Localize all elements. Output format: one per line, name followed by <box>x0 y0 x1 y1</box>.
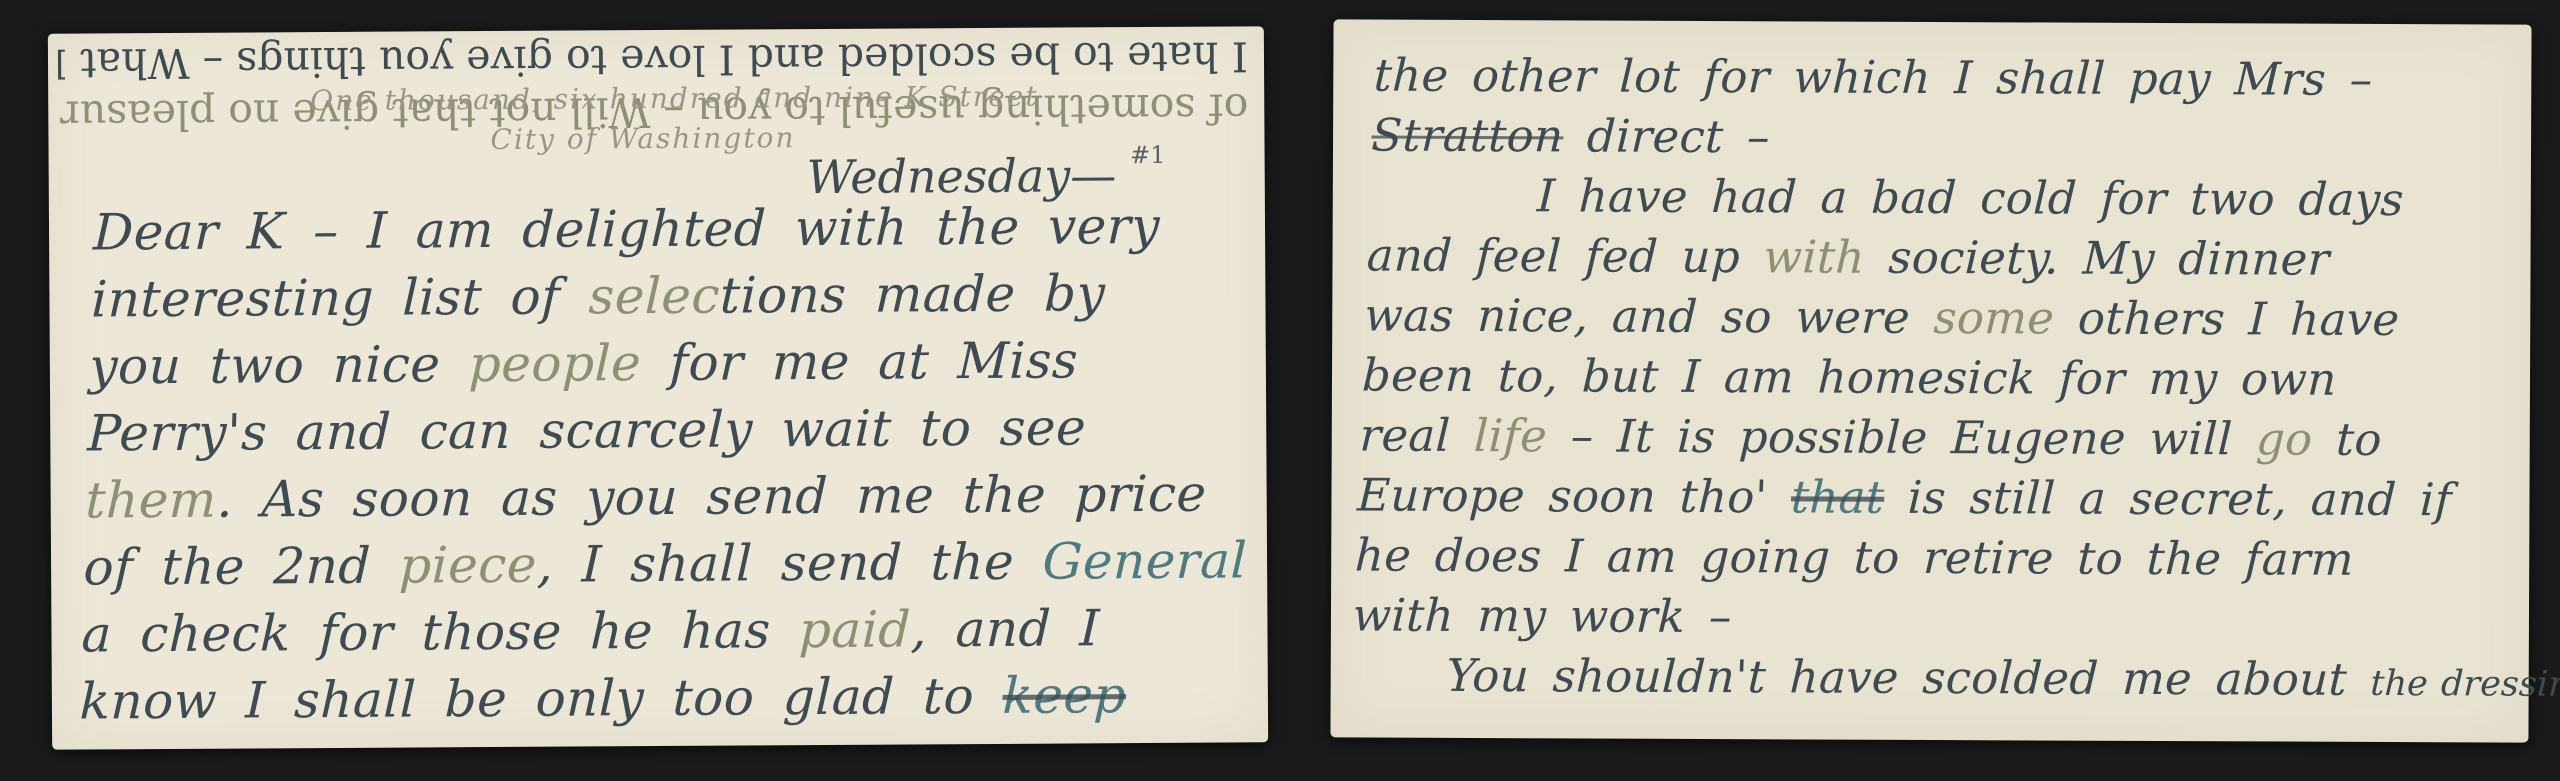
letter-card-left: of something useful to you – Will not th… <box>48 26 1268 749</box>
handwritten-line: with my work – <box>1351 585 2503 650</box>
text-segment: go <box>2255 412 2314 465</box>
text-segment: to <box>2312 413 2383 466</box>
handwritten-line: interesting list of selections made by <box>90 259 1242 333</box>
text-segment: Europe soon tho' <box>1356 469 1792 524</box>
text-segment: – It is possible Eugene will <box>1546 409 2257 465</box>
text-segment: I have had a bad cold for two days <box>1536 169 2405 226</box>
handwritten-line: Perry's and can scarcely wait to see <box>86 393 1238 467</box>
handwritten-line: them. As soon as you send me the price <box>85 460 1237 534</box>
handwritten-line: Europe soon tho' that is still a secret,… <box>1356 466 2508 531</box>
text-segment: Dear K – I am delighted with the very <box>92 197 1160 262</box>
handwritten-line: he does I am going to retire to the farm <box>1354 525 2506 590</box>
text-segment: you two nice <box>89 335 470 395</box>
handwritten-line: Dear K – I am delighted with the very <box>92 192 1244 266</box>
text-segment: he does I am going to retire to the farm <box>1354 528 2355 585</box>
letter-body-left: Dear K – I am delighted with the very in… <box>79 192 1244 735</box>
text-segment: that <box>1790 470 1885 523</box>
scan-background: { "document": { "type": "handwritten let… <box>0 0 2560 781</box>
text-segment: interesting list of <box>90 267 589 328</box>
handwritten-line: real life – It is possible Eugene will g… <box>1359 406 2511 471</box>
text-segment: others I have <box>2053 292 2400 346</box>
handwritten-line: you two nice people for me at Miss <box>88 326 1240 400</box>
text-segment: is still a secret, and if <box>1883 471 2452 526</box>
handwritten-line: a check for those he has paid, and I <box>81 594 1233 668</box>
text-segment: been to, but I am homesick for my own <box>1361 349 2338 406</box>
page-number-annotation: #1 <box>1130 141 1166 169</box>
text-segment: people <box>468 334 642 393</box>
text-segment: them <box>85 471 218 530</box>
text-segment: General <box>1042 531 1248 590</box>
letter-body-right: the other lot for which I shall pay Mrs … <box>1349 46 2525 715</box>
handwritten-line: You shouldn't have scolded me about the … <box>1349 645 2502 714</box>
text-segment: , and I <box>910 599 1101 658</box>
text-segment: piece <box>398 536 537 595</box>
text-segment: know I shall be only too glad to <box>79 667 1004 731</box>
text-segment: real <box>1359 409 1475 462</box>
text-segment: some <box>1933 291 2056 345</box>
letter-card-right: the other lot for which I shall pay Mrs … <box>1330 19 2531 742</box>
handwritten-line: and feel fed up with society. My dinner <box>1366 226 2518 291</box>
text-segment: with <box>1763 230 1866 283</box>
text-segment: life <box>1473 409 1548 462</box>
printed-letterhead-address: One thousand, six hundred and nine K Str… <box>310 80 1039 117</box>
text-segment: selec <box>588 267 721 326</box>
handwritten-line: of the 2nd piece, I shall send the Gener… <box>83 527 1235 601</box>
text-segment: of the 2nd <box>83 537 400 597</box>
text-segment: keep <box>1002 666 1127 725</box>
inverted-line: I hate to be scolded and I love to give … <box>58 30 1248 89</box>
text-segment: Stratton <box>1370 109 1564 163</box>
text-segment: the other lot for which I shall pay Mrs … <box>1373 49 2374 106</box>
text-segment: paid <box>798 600 911 659</box>
text-segment: direct – <box>1562 109 1771 163</box>
text-segment: . As soon as you send me the price <box>216 465 1207 529</box>
text-segment: with my work – <box>1352 588 1733 643</box>
text-segment: for me at Miss <box>640 331 1079 392</box>
handwritten-line: was nice, and so were some others I have <box>1363 286 2515 351</box>
handwritten-line: been to, but I am homesick for my own <box>1361 346 2513 411</box>
handwritten-line: the other lot for which I shall pay Mrs … <box>1373 46 2525 111</box>
text-segment: Perry's and can scarcely wait to see <box>87 398 1087 462</box>
text-segment: society. My dinner <box>1864 231 2331 286</box>
text-segment: You shouldn't have scolded me about <box>1445 649 2371 706</box>
text-segment: tions made by <box>719 264 1106 324</box>
text-segment: I hate to be scolded and I love to give … <box>58 32 1248 89</box>
text-segment: , I shall send the <box>536 533 1043 594</box>
text-segment: was nice, and so were <box>1363 289 1934 344</box>
text-segment: a check for those he has <box>81 601 800 663</box>
printed-letterhead-city: City of Washington <box>490 121 795 156</box>
text-segment: and feel fed up <box>1366 229 1765 284</box>
handwritten-line: Stratton direct – <box>1370 106 2522 171</box>
text-segment: the dressing gown <box>2370 663 2560 705</box>
handwritten-line: I have had a bad cold for two days <box>1368 166 2520 231</box>
handwritten-line: know I shall be only too glad to keep <box>79 662 1231 736</box>
